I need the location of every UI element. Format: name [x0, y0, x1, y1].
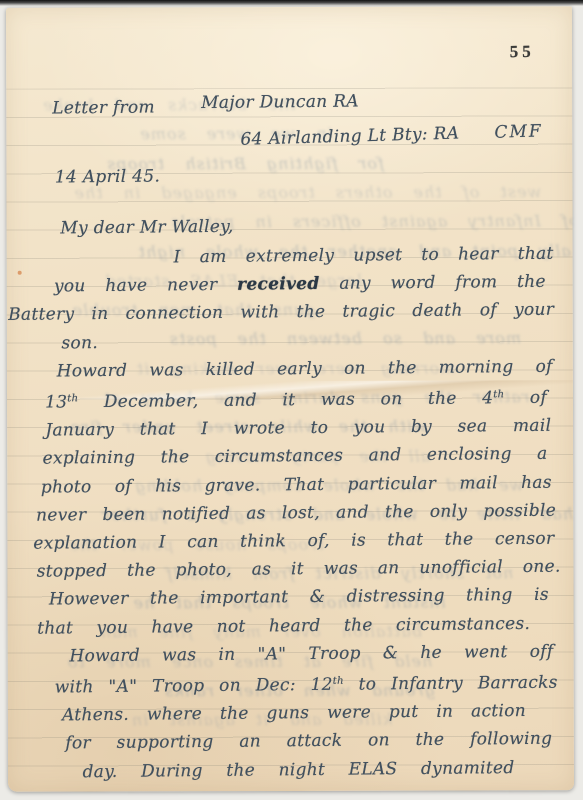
- letter-line: 13th December, and it was on the 4th of: [45, 381, 547, 417]
- letter-text: stopped the photo, as it was an unoffici…: [37, 557, 561, 582]
- letter-line: with "A" Troop on Dec: 12th to Infantry …: [55, 666, 558, 702]
- salutation: My dear Mr Walley,: [60, 217, 233, 239]
- letter-text: Howard was killed early on the morning o…: [57, 356, 553, 381]
- letter-text: for supporting an attack on the followin…: [65, 729, 552, 754]
- letter-text: Battery in connection with the tragic de…: [8, 300, 554, 325]
- scanned-letter-page: the barracks and brokein we were somefor…: [0, 0, 583, 800]
- letter-text: However the important & distressing thin…: [49, 585, 549, 610]
- letter-text: December, and it was on the 4: [78, 388, 493, 412]
- letter-line: Battery in connection with the tragic de…: [8, 296, 554, 329]
- letter-text: th: [493, 389, 504, 400]
- letter-line: I am extremely upset to hear that: [174, 240, 554, 272]
- letter-text: explaining the circumstances and enclosi…: [42, 444, 547, 469]
- letter-line: Athens. where the guns were put in actio…: [62, 697, 526, 730]
- letter-text: day. During the night ELAS dynamited: [82, 758, 514, 782]
- letter-text: son.: [61, 333, 98, 353]
- letter-text: I am extremely upset to hear that: [174, 244, 554, 268]
- unit-address: 64 Airlanding Lt Bty: RA: [240, 123, 459, 149]
- letter-text: Athens. where the guns were put in actio…: [62, 701, 526, 725]
- letter-body: I am extremely upset to hear thatyou hav…: [6, 240, 577, 787]
- letter-text: explanation I can think of, is that the …: [33, 529, 554, 554]
- letter-date: 14 April 45.: [55, 166, 160, 187]
- letter-text: January that I wrote to you by sea mail: [45, 416, 551, 441]
- letter-line: that you have not heard the circumstance…: [37, 610, 530, 643]
- letter-text: never been notified as lost, and the onl…: [36, 500, 556, 525]
- letter-text: Howard was in "A" Troop & he went off: [69, 642, 553, 667]
- letter-text: with "A" Troop on Dec: 12: [55, 675, 333, 698]
- letter-text: 13: [45, 392, 67, 412]
- letter-line: However the important & distressing thin…: [49, 581, 549, 614]
- letter-paper: the barracks and brokein we were somefor…: [6, 6, 574, 791]
- force-abbreviation: CMF: [494, 121, 543, 142]
- letter-content: 55 Letter from Major Duncan RA 64 Airlan…: [3, 4, 576, 793]
- author-name: Major Duncan RA: [201, 92, 359, 114]
- letter-from-label: Letter from: [52, 97, 155, 118]
- letter-text: that you have not heard the circumstance…: [37, 614, 530, 639]
- letter-text: th: [67, 393, 78, 404]
- letter-text: photo of his grave. That particular mail…: [41, 472, 552, 497]
- letter-text: th: [333, 676, 344, 687]
- page-number: 55: [510, 42, 535, 62]
- emphasized-word: received: [237, 274, 320, 295]
- letter-text: any word from the: [319, 272, 546, 294]
- letter-text: of: [504, 388, 547, 408]
- letter-line: for supporting an attack on the followin…: [65, 725, 552, 758]
- scanner-edge: [0, 0, 583, 6]
- letter-text: to Infantry Barracks: [344, 673, 558, 695]
- letter-line: explaining the circumstances and enclosi…: [42, 440, 547, 473]
- letter-text: you have never: [54, 275, 237, 297]
- letter-line: day. During the night ELAS dynamited: [82, 754, 514, 786]
